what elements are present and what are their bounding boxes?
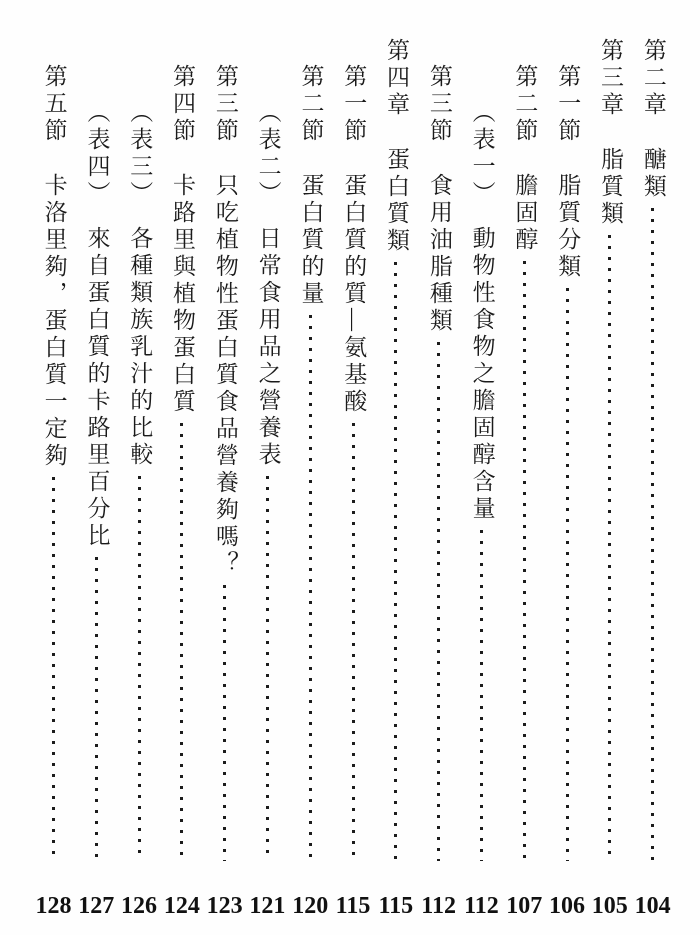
toc-entry-label: （表一） — [470, 100, 495, 208]
toc-entry-text: （表四） 來自蛋白質的卡路里百分比 — [83, 100, 109, 550]
toc-entry-label: 第一節 — [555, 64, 580, 145]
page-number: 112 — [421, 893, 456, 921]
toc-entry-column: 第一節 蛋白質的質—氨基酸 115 — [332, 24, 375, 921]
dotted-leader — [223, 585, 226, 861]
toc-entry-column: 第四節 卡路里與植物蛋白質 124 — [160, 24, 203, 921]
toc-entry-title: 動物性食物之膽固醇含量 — [470, 226, 495, 523]
toc-entry-label: 第二節 — [298, 64, 323, 145]
page-number: 112 — [464, 893, 499, 921]
toc-entry-text: 第二節 蛋白質的量 — [297, 64, 323, 308]
toc-entry-title: 脂質分類 — [555, 173, 580, 281]
toc-entry-text: 第三節 只吃植物性蛋白質食品營養夠嗎？ — [211, 64, 237, 578]
toc-entry-column: 第二節 蛋白質的量 120 — [289, 24, 332, 921]
toc-entry-title: 蛋白質的量 — [298, 173, 323, 308]
dotted-leader — [95, 557, 98, 861]
toc-entry-label: 第二章 — [641, 38, 666, 119]
page-number: 123 — [207, 893, 243, 921]
toc-entry-text: 第四節 卡路里與植物蛋白質 — [169, 64, 195, 416]
page-number: 121 — [249, 893, 285, 921]
toc-entry-title: 只吃植物性蛋白質食品營養夠嗎？ — [213, 173, 238, 578]
toc-entry-text: 第一節 蛋白質的質—氨基酸 — [340, 64, 366, 416]
dotted-leader — [480, 530, 483, 861]
dotted-leader — [566, 288, 569, 861]
dotted-leader — [352, 423, 355, 861]
page-number: 127 — [78, 893, 114, 921]
toc-entry-column: 第二節 膽固醇 107 — [503, 24, 546, 921]
toc-entry-title: 食用油脂種類 — [427, 173, 452, 335]
toc-entry-column: 第三節 食用油脂種類 112 — [417, 24, 460, 921]
dotted-leader — [437, 342, 440, 861]
dotted-leader — [608, 235, 611, 861]
toc-entry-label: 第一節 — [341, 64, 366, 145]
toc-entry-text: 第二節 膽固醇 — [511, 64, 537, 254]
toc-entry-label: （表四） — [84, 100, 109, 208]
toc-entry-text: （表二） 日常食用品之營養表 — [254, 100, 280, 469]
toc-entry-text: （表一） 動物性食物之膽固醇含量 — [468, 100, 494, 523]
dotted-leader — [52, 477, 55, 861]
toc-entry-title: 卡路里與植物蛋白質 — [170, 173, 195, 416]
toc-entry-column: （表三） 各種類族乳汁的比較 126 — [118, 24, 161, 921]
toc-entry-text: 第一節 脂質分類 — [554, 64, 580, 281]
toc-entry-label: 第三章 — [598, 38, 623, 119]
toc-entry-text: 第三章 脂質類 — [597, 38, 623, 228]
page-number: 120 — [292, 893, 328, 921]
toc-entry-label: 第三節 — [427, 64, 452, 145]
dotted-leader — [138, 476, 141, 861]
toc-entry-title: 醣類 — [641, 147, 666, 201]
toc-entry-title: 各種類族乳汁的比較 — [127, 226, 152, 469]
toc-entry-column: 第三章 脂質類 105 — [588, 24, 631, 921]
toc-entry-column: （表一） 動物性食物之膽固醇含量 112 — [460, 24, 503, 921]
dotted-leader — [180, 423, 183, 861]
toc-entry-label: 第四節 — [170, 64, 195, 145]
dotted-leader — [523, 261, 526, 861]
toc-entry-title: 蛋白質類 — [384, 147, 409, 255]
page-number: 128 — [35, 893, 71, 921]
toc-entry-label: 第五節 — [42, 64, 67, 145]
toc-page: 第二章 醣類 104 第三章 脂質類 105 第一節 脂質分類 106 第二節 … — [0, 0, 700, 935]
toc-entry-column: 第一節 脂質分類 106 — [546, 24, 589, 921]
page-number: 105 — [592, 893, 628, 921]
page-number: 124 — [164, 893, 200, 921]
toc-entry-text: 第三節 食用油脂種類 — [425, 64, 451, 335]
toc-entry-column: 第三節 只吃植物性蛋白質食品營養夠嗎？ 123 — [203, 24, 246, 921]
toc-entry-title: 日常食用品之營養表 — [256, 226, 281, 469]
dotted-leader — [309, 315, 312, 861]
page-number: 115 — [378, 893, 413, 921]
toc-entry-label: （表三） — [127, 100, 152, 208]
dotted-leader — [266, 476, 269, 861]
page-number: 104 — [635, 893, 671, 921]
page-number: 115 — [336, 893, 371, 921]
page-number: 107 — [506, 893, 542, 921]
page-number: 106 — [549, 893, 585, 921]
toc-entry-column: （表四） 來自蛋白質的卡路里百分比 127 — [75, 24, 118, 921]
toc-entry-column: 第二章 醣類 104 — [631, 24, 674, 921]
toc-entry-column: 第四章 蛋白質類 115 — [374, 24, 417, 921]
toc-entry-label: 第四章 — [384, 38, 409, 119]
toc-entry-label: 第三節 — [213, 64, 238, 145]
toc-entry-label: 第二節 — [512, 64, 537, 145]
toc-entry-title: 蛋白質的質—氨基酸 — [341, 173, 366, 416]
toc-entry-title: 來自蛋白質的卡路里百分比 — [84, 226, 109, 550]
dotted-leader — [394, 262, 397, 861]
toc-entry-text: （表三） 各種類族乳汁的比較 — [126, 100, 152, 469]
toc-entry-column: （表二） 日常食用品之營養表 121 — [246, 24, 289, 921]
dotted-leader — [651, 208, 654, 861]
page-number: 126 — [121, 893, 157, 921]
toc-entry-text: 第五節 卡洛里夠，蛋白質一定夠 — [40, 64, 66, 470]
toc-entry-label: （表二） — [256, 100, 281, 208]
toc-entry-text: 第二章 醣類 — [639, 38, 665, 201]
toc-entry-title: 脂質類 — [598, 147, 623, 228]
toc-entry-title: 膽固醇 — [512, 173, 537, 254]
toc-entry-text: 第四章 蛋白質類 — [383, 38, 409, 255]
toc-entry-column: 第五節 卡洛里夠，蛋白質一定夠 128 — [32, 24, 75, 921]
toc-entry-title: 卡洛里夠，蛋白質一定夠 — [42, 173, 67, 470]
